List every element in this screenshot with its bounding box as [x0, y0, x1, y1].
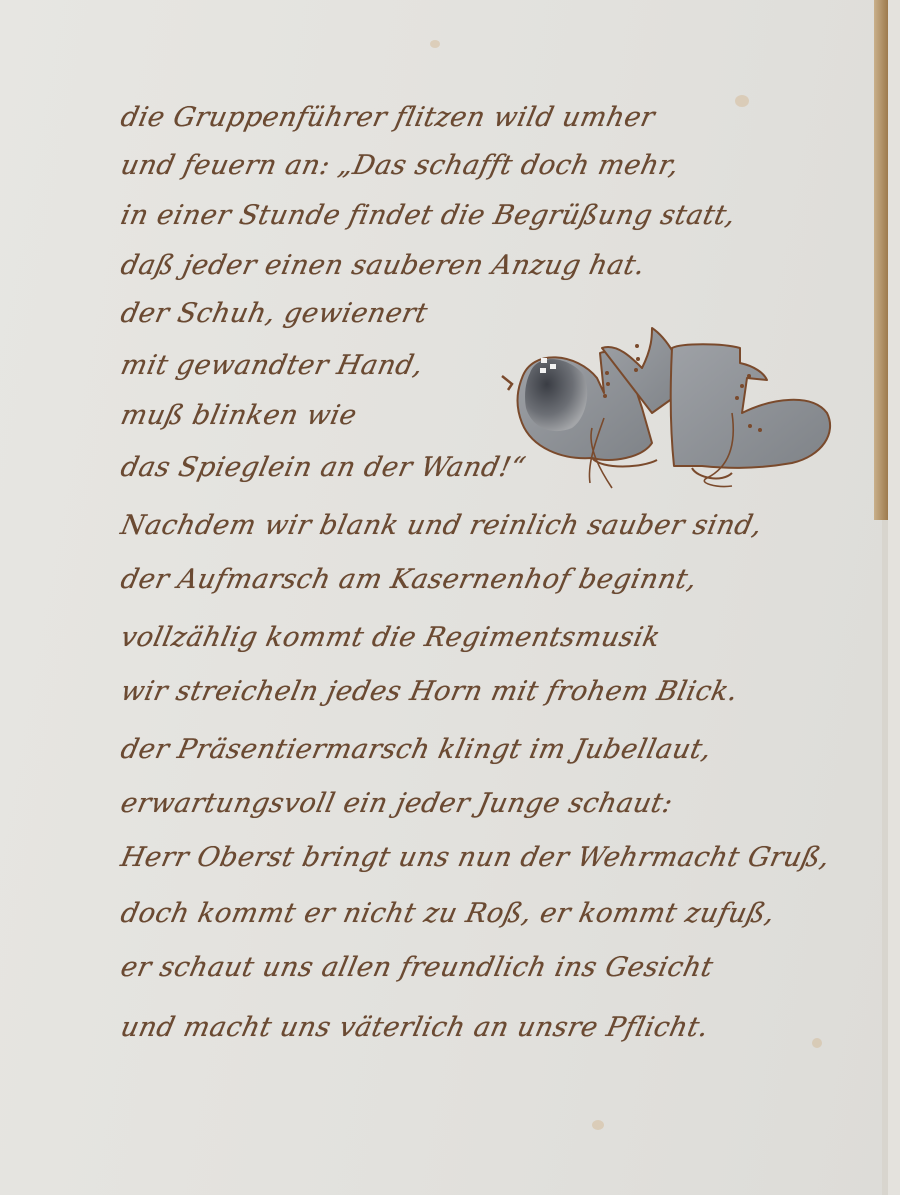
page-edge [882, 520, 888, 1195]
poem-line: der Schuh, gewienert [118, 298, 430, 329]
poem-line: mit gewandter Hand, [118, 350, 426, 381]
poem-line: und macht uns väterlich an unsre Pflicht… [118, 1012, 712, 1043]
paper-stain [735, 95, 749, 107]
poem-line: er schaut uns allen freundlich ins Gesic… [118, 952, 716, 983]
poem-line: wir streicheln jedes Horn mit frohem Bli… [118, 676, 741, 707]
paper-page: die Gruppenführer flitzen wild umher und… [0, 0, 888, 1195]
paper-stain [430, 40, 440, 48]
poem-line: der Präsentiermarsch klingt im Jubellaut… [118, 734, 714, 765]
boots-illustration [492, 318, 832, 493]
poem-line: Herr Oberst bringt uns nun der Wehrmacht… [118, 842, 833, 873]
poem-line: erwartungsvoll ein jeder Junge schaut: [118, 788, 676, 819]
poem-line: Nachdem wir blank und reinlich sauber si… [118, 510, 765, 541]
poem-line: das Spieglein an der Wand!“ [118, 452, 528, 483]
poem-line: vollzählig kommt die Regimentsmusik [118, 622, 663, 653]
poem-line: und feuern an: „Das schafft doch mehr, [118, 150, 682, 181]
page-edge [874, 0, 888, 520]
poem-line: in einer Stunde findet die Begrüßung sta… [118, 200, 738, 231]
poem-line: die Gruppenführer flitzen wild umher [118, 102, 658, 133]
paper-stain [592, 1120, 604, 1130]
poem-line: doch kommt er nicht zu Roß, er kommt zuf… [118, 898, 778, 929]
boot-right-icon [671, 344, 830, 478]
paper-stain [812, 1038, 822, 1048]
poem-line: muß blinken wie [118, 400, 360, 431]
poem-line: der Aufmarsch am Kasernenhof beginnt, [118, 564, 700, 595]
boot-left-icon [518, 328, 688, 467]
poem-line: daß jeder einen sauberen Anzug hat. [118, 250, 648, 281]
